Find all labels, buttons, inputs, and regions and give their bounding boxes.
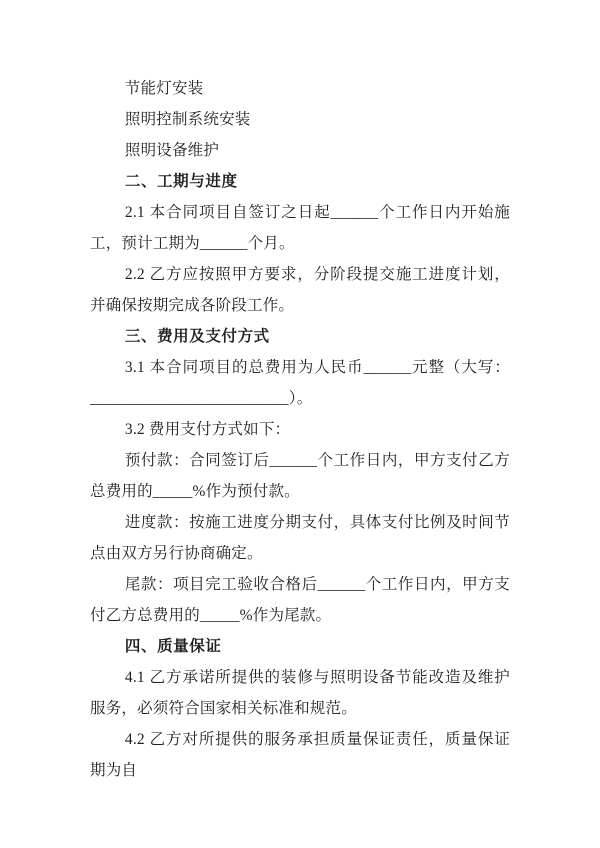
clause-paragraph-2-2: 2.2 乙方应按照甲方要求，分阶段提交施工进度计划，并确保按期完成各阶段工作。 (90, 259, 510, 321)
section-heading-payment: 三、费用及支付方式 (90, 321, 510, 352)
clause-paragraph-2-1: 2.1 本合同项目自签订之日起______个工作日内开始施工，预计工期为____… (90, 197, 510, 259)
clause-paragraph-advance-payment: 预付款：合同签订后______个工作日内，甲方支付乙方总费用的_____%作为预… (90, 445, 510, 507)
section-heading-schedule: 二、工期与进度 (90, 166, 510, 197)
service-list-item: 照明控制系统安装 (90, 104, 510, 135)
clause-paragraph-4-1: 4.1 乙方承诺所提供的装修与照明设备节能改造及维护服务，必须符合国家相关标准和… (90, 662, 510, 724)
clause-paragraph-progress-payment: 进度款：按施工进度分期支付，具体支付比例及时间节点由双方另行协商确定。 (90, 507, 510, 569)
clause-paragraph-3-1: 3.1 本合同项目的总费用为人民币______元整（大写：___________… (90, 352, 510, 414)
service-list-item: 节能灯安装 (90, 73, 510, 104)
clause-paragraph-final-payment: 尾款：项目完工验收合格后______个工作日内，甲方支付乙方总费用的_____%… (90, 569, 510, 631)
clause-paragraph-3-2: 3.2 费用支付方式如下： (90, 414, 510, 445)
contract-document-page: 节能灯安装 照明控制系统安装 照明设备维护 二、工期与进度 2.1 本合同项目自… (0, 0, 600, 848)
service-list-item: 照明设备维护 (90, 135, 510, 166)
clause-paragraph-4-2: 4.2 乙方对所提供的服务承担质量保证责任，质量保证期为自 (90, 724, 510, 786)
section-heading-quality: 四、质量保证 (90, 631, 510, 662)
